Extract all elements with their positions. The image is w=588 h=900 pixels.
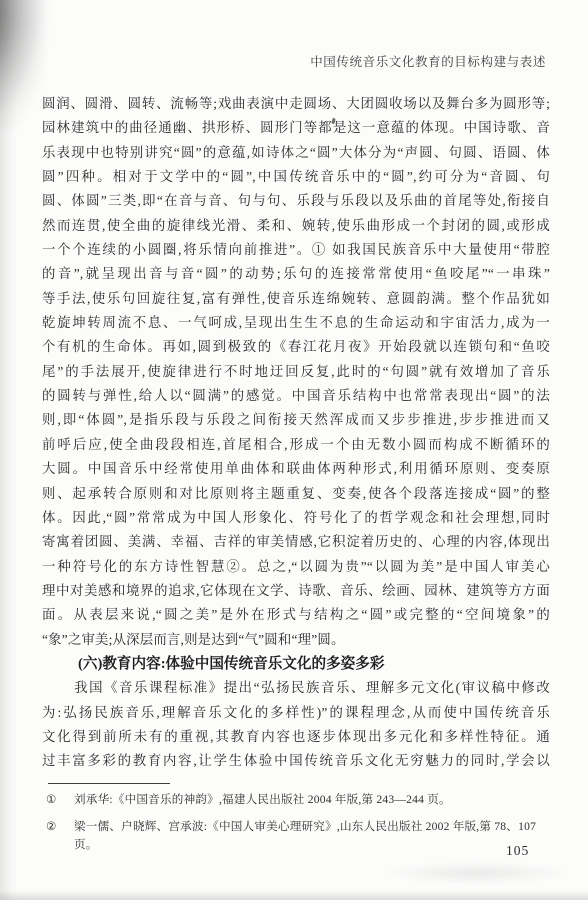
book-page: 中国传统音乐文化教育的目标构建与表述 圆润、圆滑、圆转、流畅等;戏曲表演中走圆场… bbox=[0, 0, 588, 900]
text-line: 圆、体圆”三类,即“在音与音、句与句、乐段与乐段以及乐曲的首尾等处,衔接自 bbox=[42, 189, 550, 213]
text-line: 然而连贯,使全曲的旋律线光滑、柔和、婉转,使乐曲形成一个封闭的圆,或形成 bbox=[42, 214, 550, 238]
text-line: 我国《音乐课程标准》提出“弘扬民族音乐、理解多元文化(审议稿中修改 bbox=[42, 676, 550, 700]
footnote-separator bbox=[48, 783, 170, 784]
text-line: “象”之审美;从深层而言,则是达到“气”圆和“理”圆。 bbox=[42, 628, 550, 652]
text-line: 个有机的生命体。再如,圆到极致的《春江花月夜》开始段就以连锁句和“鱼咬 bbox=[42, 335, 550, 359]
footnote-marker: ② bbox=[46, 818, 74, 836]
footnote-text: 梁一儒、户晓辉、宫承波:《中国人审美心理研究》,山东人民出版社 2002 年版,… bbox=[74, 818, 550, 854]
footnote-text: 刘承华:《中国音乐的神韵》,福建人民出版社 2004 年版,第 243—244 … bbox=[74, 791, 550, 809]
text-line: 理中对美感和境界的追求,它体现在文学、诗歌、音乐、绘画、园林、建筑等方方面 bbox=[42, 579, 550, 603]
text-line: 圆润、圆滑、圆转、流畅等;戏曲表演中走圆场、大团圆收场以及舞台多为圆形等; bbox=[42, 92, 550, 116]
footnote-marker: ① bbox=[46, 791, 74, 809]
text-line: 过丰富多彩的教育内容,让学生体验中国传统音乐文化无穷魅力的同时,学会以 bbox=[42, 749, 550, 773]
page-number: 105 bbox=[506, 843, 529, 859]
text-line: 乐表现中也特别讲究“圆”的意蕴,如诗体之“圆”大体分为“声圆、句圆、语圆、体 bbox=[42, 141, 550, 165]
text-line: 则,即“体圆”,是指乐段与乐段之间衔接天然浑成而又步步推进,步步推进而又 bbox=[42, 408, 550, 432]
scan-shadow-bottom-edge bbox=[0, 890, 588, 900]
text-line: 一种符号化的东方诗性智慧②。总之,“以圆为贵”“以圆为美”是中国人审美心 bbox=[42, 555, 550, 579]
text-line: 园林建筑中的曲径通幽、拱形桥、圆形门等都是这一意蕴的体现。中国诗歌、音 bbox=[42, 116, 550, 140]
text-line: 则、起承转合原则和对比原则将主题重复、变奏,使各个段落连接成“圆”的整 bbox=[42, 482, 550, 506]
text-line: 的音”,就呈现出音与音“圆”的动势;乐句的连接常常使用“鱼咬尾”“一串珠” bbox=[42, 262, 550, 286]
text-line: 前呼后应,使全曲段段相连,首尾相合,形成一个由无数小圆而构成不断循环的 bbox=[42, 433, 550, 457]
text-line: 寄寓着团圆、美满、幸福、吉祥的审美情感,它积淀着历史的、心理的内容,体现出 bbox=[42, 530, 550, 554]
text-line: 文化得到前所未有的重视,其教育内容也逐步体现出多元化和多样性特征。通 bbox=[42, 725, 550, 749]
footnote: ② 梁一儒、户晓辉、宫承波:《中国人审美心理研究》,山东人民出版社 2002 年… bbox=[46, 818, 550, 854]
text-line: 乾旋坤转周流不息、一气呵成,呈现出生生不息的生命运动和宇宙活力,成为一 bbox=[42, 311, 550, 335]
text-line: 为:弘扬民族音乐,理解音乐文化的多样性)”的课程理念,从而使中国传统音乐 bbox=[42, 701, 550, 725]
scan-shadow-left-edge bbox=[0, 0, 18, 900]
text-line: 圆”四种。相对于文学中的“圆”,中国传统音乐中的“圆”,约可分为“音圆、句 bbox=[42, 165, 550, 189]
text-line: 尾”的手法展开,使旋律进行不时地迂回反复,此时的“句圆”就有效增加了音乐 bbox=[42, 360, 550, 384]
running-header: 中国传统音乐文化教育的目标构建与表述 bbox=[310, 52, 546, 70]
footnote: ① 刘承华:《中国音乐的神韵》,福建人民出版社 2004 年版,第 243—24… bbox=[46, 791, 550, 809]
text-line: 体。因此,“圆”常常成为中国人形象化、符号化了的哲学观念和社会理想,同时 bbox=[42, 506, 550, 530]
section-heading: (六)教育内容:体验中国传统音乐文化的多姿多彩 bbox=[42, 652, 550, 676]
footnotes-block: ① 刘承华:《中国音乐的神韵》,福建人民出版社 2004 年版,第 243—24… bbox=[46, 791, 550, 863]
text-line: 大圆。中国音乐中经常使用单曲体和联曲体两种形式,利用循环原则、变奏原 bbox=[42, 457, 550, 481]
body-text-block: 圆润、圆滑、圆转、流畅等;戏曲表演中走圆场、大团圆收场以及舞台多为圆形等; 园林… bbox=[42, 92, 550, 774]
text-line: 一个个连续的小圆圈,将乐情向前推进”。① 如我国民族音乐中大量使用“带腔 bbox=[42, 238, 550, 262]
text-line: 面。从表层来说,“圆之美”是外在形式与结构之“圆”或完整的“空间境象”的 bbox=[42, 603, 550, 627]
text-line: 等手法,使乐句回旋往复,富有弹性,使音乐连绵婉转、意圆韵满。整个作品犹如 bbox=[42, 287, 550, 311]
text-line: 的圆转与弹性,给人以“圆满”的感觉。中国音乐结构中也常常表现出“圆”的法 bbox=[42, 384, 550, 408]
scan-smudge-bottom-right bbox=[380, 862, 575, 884]
